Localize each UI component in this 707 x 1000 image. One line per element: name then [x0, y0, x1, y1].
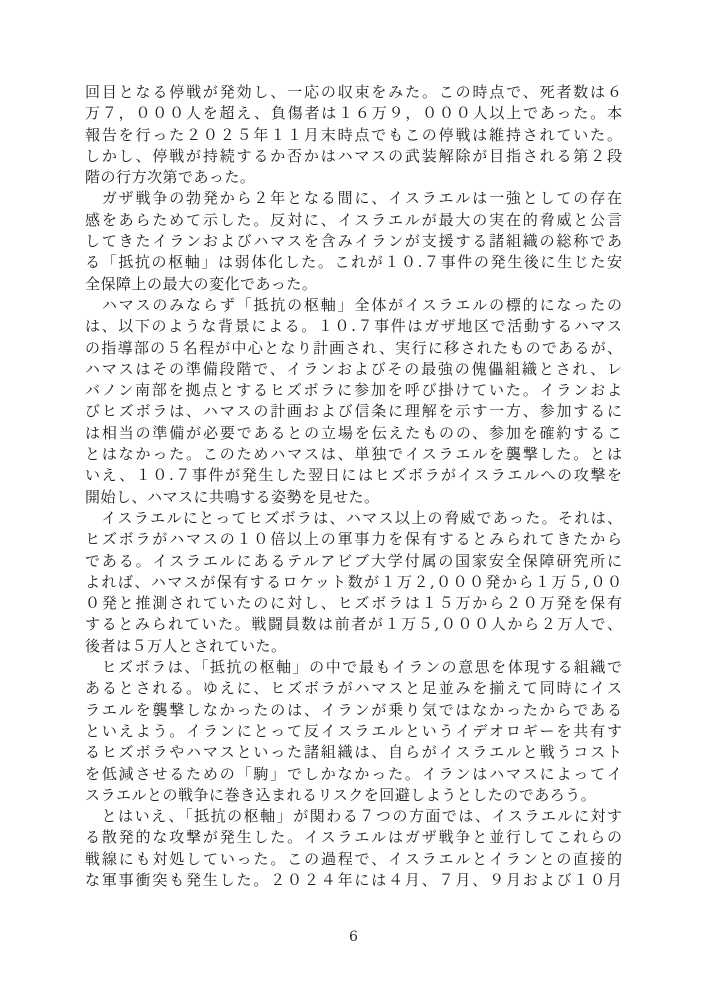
document-page: 回目となる停戦が発効し、一応の収束をみた。この時点で、死者数は６万７，０００人を… — [0, 0, 707, 1000]
text-line: ガザ戦争の勃発から２年となる間に、イスラエルは一強としての存在 — [85, 188, 622, 209]
text-line: しかし、停戦が持続するか否かはハマスの武装解除が目指される第２段 — [85, 146, 622, 167]
text-line: びヒズボラは、ハマスの計画および信条に理解を示す一方、参加するに — [85, 401, 622, 422]
paragraph: ハマスのみならず「抵抗の枢軸」全体がイスラエルの標的になったのは、以下のような背… — [85, 295, 622, 508]
text-line: といえよう。イランにとって反イスラエルというイデオロギーを共有す — [85, 721, 622, 742]
text-line: 戦線にも対処していった。この過程で、イスラエルとイランとの直接的 — [85, 849, 622, 870]
text-line: ヒズボラは、「抵抗の枢軸」の中で最もイランの意思を体現する組織で — [85, 657, 622, 678]
text-line: る散発的な攻撃が発生した。イスラエルはガザ戦争と並行してこれらの — [85, 827, 622, 848]
text-line: とはいえ、「抵抗の枢軸」が関わる７つの方面では、イスラエルに対す — [85, 806, 622, 827]
text-line: するとみられていた。戦闘員数は前者が１万５,０００人から２万人で、 — [85, 614, 622, 635]
paragraph: イスラエルにとってヒズボラは、ハマス以上の脅威であった。それは、ヒズボラがハマス… — [85, 508, 622, 657]
text-line: を低減させるための「駒」でしかなかった。イランはハマスによってイ — [85, 764, 622, 785]
text-line: スラエルとの戦争に巻き込まれるリスクを回避しようとしたのであろう。 — [85, 785, 622, 806]
text-line: ハマスはその準備段階で、イランおよびその最強の傀儡組織とされ、レ — [85, 359, 622, 380]
page-number: 6 — [0, 929, 707, 945]
text-line: ヒズボラがハマスの１０倍以上の軍事力を保有するとみられてきたから — [85, 529, 622, 550]
text-line: の指導部の５名程が中心となり計画され、実行に移されたものであるが、 — [85, 338, 622, 359]
text-line: は相当の準備が必要であるとの立場を伝えたものの、参加を確約するこ — [85, 423, 622, 444]
text-line: 報告を行った２０２５年１１月末時点でもこの停戦は維持されていた。 — [85, 125, 622, 146]
text-line: 万７，０００人を超え、負傷者は１６万９，０００人以上であった。本 — [85, 103, 622, 124]
paragraph: 回目となる停戦が発効し、一応の収束をみた。この時点で、死者数は６万７，０００人を… — [85, 82, 622, 188]
text-line: 開始し、ハマスに共鳴する姿勢を見せた。 — [85, 487, 622, 508]
text-line: してきたイランおよびハマスを含みイランが支援する諸組織の総称であ — [85, 231, 622, 252]
text-line: ラエルを襲撃しなかったのは、イランが乗り気ではなかったからである — [85, 700, 622, 721]
text-line: あるとされる。ゆえに、ヒズボラがハマスと足並みを揃えて同時にイス — [85, 678, 622, 699]
text-line: る「抵抗の枢軸」は弱体化した。これが１０.７事件の発生後に生じた安 — [85, 252, 622, 273]
text-line: 後者は５万人とされていた。 — [85, 636, 622, 657]
text-line: な軍事衝突も発生した。２０２４年には４月、７月、９月および１０月 — [85, 870, 622, 891]
paragraph: ガザ戦争の勃発から２年となる間に、イスラエルは一強としての存在感をあらためて示し… — [85, 188, 622, 294]
text-line: である。イスラエルにあるテルアビブ大学付属の国家安全保障研究所に — [85, 551, 622, 572]
text-line: いえ、１０.７事件が発生した翌日にはヒズボラがイスラエルへの攻撃を — [85, 465, 622, 486]
text-line: とはなかった。このためハマスは、単独でイスラエルを襲撃した。とは — [85, 444, 622, 465]
text-line: 感をあらためて示した。反対に、イスラエルが最大の実在的脅威と公言 — [85, 210, 622, 231]
text-line: ０発と推測されていたのに対し、ヒズボラは１５万から２０万発を保有 — [85, 593, 622, 614]
text-line: るヒズボラやハマスといった諸組織は、自らがイスラエルと戦うコスト — [85, 742, 622, 763]
text-line: 階の行方次第であった。 — [85, 167, 622, 188]
text-line: イスラエルにとってヒズボラは、ハマス以上の脅威であった。それは、 — [85, 508, 622, 529]
text-line: バノン南部を拠点とするヒズボラに参加を呼び掛けていた。イランおよ — [85, 380, 622, 401]
text-line: 全保障上の最大の変化であった。 — [85, 274, 622, 295]
text-line: よれば、ハマスが保有するロケット数が１万２,０００発から１万５,００ — [85, 572, 622, 593]
paragraph: とはいえ、「抵抗の枢軸」が関わる７つの方面では、イスラエルに対する散発的な攻撃が… — [85, 806, 622, 891]
text-line: は、以下のような背景による。１０.７事件はガザ地区で活動するハマス — [85, 316, 622, 337]
paragraph: ヒズボラは、「抵抗の枢軸」の中で最もイランの意思を体現する組織であるとされる。ゆ… — [85, 657, 622, 806]
text-line: 回目となる停戦が発効し、一応の収束をみた。この時点で、死者数は６ — [85, 82, 622, 103]
body-text: 回目となる停戦が発効し、一応の収束をみた。この時点で、死者数は６万７，０００人を… — [85, 82, 622, 891]
text-line: ハマスのみならず「抵抗の枢軸」全体がイスラエルの標的になったの — [85, 295, 622, 316]
